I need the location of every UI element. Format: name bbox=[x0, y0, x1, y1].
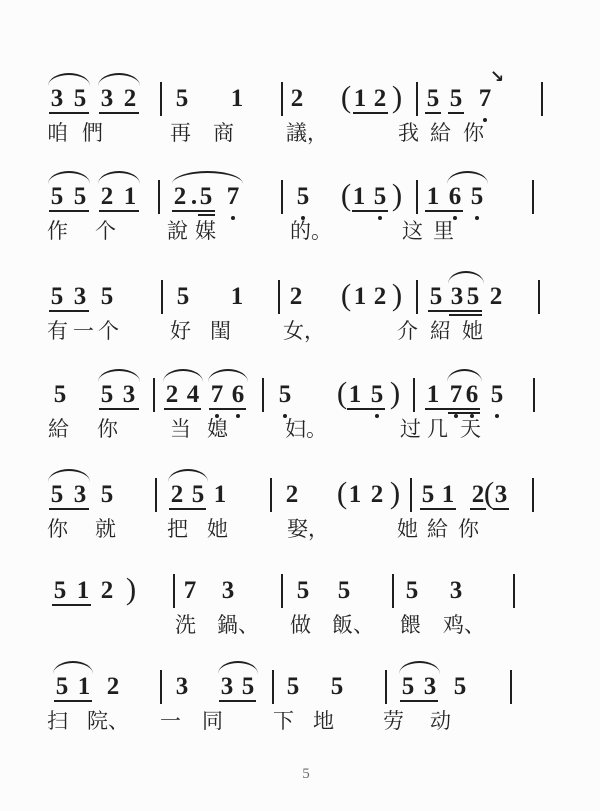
note-digit: 5 bbox=[338, 578, 351, 604]
note-digit: 5 bbox=[51, 284, 64, 310]
lyric-syllable: 几 bbox=[427, 417, 448, 441]
barline bbox=[410, 478, 412, 512]
note-digit: 5 bbox=[279, 382, 292, 408]
note-digit: 1 bbox=[124, 184, 137, 210]
beam-underline bbox=[353, 112, 388, 114]
lyric-syllable: 她 bbox=[397, 517, 418, 541]
note-digit: 3 bbox=[123, 382, 136, 408]
lyric-syllable: 飯、 bbox=[332, 613, 374, 637]
parenthesis: ( bbox=[341, 280, 351, 310]
music-line-4: 55324765(15)1765給你当媳妇。过几天 bbox=[0, 382, 600, 480]
parenthesis: ) bbox=[392, 280, 402, 310]
note-digit: 7 bbox=[184, 578, 197, 604]
barline bbox=[392, 574, 394, 608]
beam-underline bbox=[49, 310, 89, 312]
barline bbox=[416, 180, 418, 214]
low-octave-dot bbox=[375, 414, 379, 418]
note-digit: 3 bbox=[74, 284, 87, 310]
note-digit: 2 bbox=[124, 86, 137, 112]
sheet-music-page: 3532512(12)557↘咱們再商議，我給你55212575(15)165作… bbox=[0, 0, 600, 811]
lyric-syllable: 院、 bbox=[87, 709, 129, 733]
note-digit: 5 bbox=[287, 674, 300, 700]
lyric-syllable: 媒 bbox=[195, 219, 216, 243]
note-digit: 7 bbox=[211, 382, 224, 408]
note-digit: 5 bbox=[331, 674, 344, 700]
lyric-syllable: 鸡、 bbox=[443, 613, 485, 637]
barline bbox=[532, 478, 534, 512]
note-digit: 5 bbox=[374, 184, 387, 210]
barline bbox=[541, 82, 543, 116]
low-octave-dot bbox=[454, 414, 458, 418]
page-number: 5 bbox=[296, 766, 316, 783]
lyric-syllable: 你 bbox=[97, 417, 118, 441]
lyric-syllable: 做 bbox=[290, 613, 311, 637]
lyric-syllable: 下 bbox=[273, 709, 294, 733]
note-digit: 2 bbox=[174, 184, 187, 210]
augmentation-dot bbox=[192, 200, 196, 204]
note-digit: 5 bbox=[176, 86, 189, 112]
note-digit: 2 bbox=[107, 674, 120, 700]
beam-underline bbox=[219, 700, 256, 702]
barline bbox=[272, 670, 274, 704]
note-digit: 1 bbox=[349, 382, 362, 408]
lyric-syllable: 給 bbox=[48, 417, 69, 441]
beam-underline bbox=[164, 408, 201, 410]
note-digit: 1 bbox=[78, 674, 91, 700]
beam-underline-second bbox=[198, 214, 215, 216]
music-line-1: 3532512(12)557↘咱們再商議，我給你 bbox=[0, 86, 600, 184]
note-digit: 1 bbox=[353, 184, 366, 210]
music-line-2: 55212575(15)165作个說媒的。这里 bbox=[0, 184, 600, 282]
barline bbox=[281, 574, 283, 608]
lyric-syllable: 地 bbox=[313, 709, 334, 733]
glissando-down-arrow-icon: ↘ bbox=[490, 67, 504, 87]
lyric-syllable: 你 bbox=[463, 121, 484, 145]
beam-underline bbox=[428, 310, 482, 312]
music-line-6: 512)735553洗鍋、做飯、餵鸡、 bbox=[0, 578, 600, 676]
low-octave-dot bbox=[475, 216, 479, 220]
parenthesis: ( bbox=[337, 478, 347, 508]
note-digit: 1 bbox=[442, 482, 455, 508]
barline bbox=[161, 280, 163, 314]
lyric-syllable: 商 bbox=[213, 121, 234, 145]
note-digit: 5 bbox=[430, 284, 443, 310]
beam-underline bbox=[425, 112, 441, 114]
parenthesis: ( bbox=[341, 180, 351, 210]
parenthesis: ( bbox=[337, 378, 347, 408]
note-digit: 5 bbox=[491, 382, 504, 408]
beam-underline bbox=[49, 210, 89, 212]
note-digit: 1 bbox=[354, 284, 367, 310]
lyric-syllable: 就 bbox=[95, 517, 116, 541]
barline bbox=[513, 574, 515, 608]
note-digit: 3 bbox=[451, 284, 464, 310]
barline bbox=[262, 378, 264, 412]
lyric-syllable: 当 bbox=[170, 417, 191, 441]
barline bbox=[416, 82, 418, 116]
note-digit: 3 bbox=[51, 86, 64, 112]
note-digit: 1 bbox=[427, 382, 440, 408]
beam-underline bbox=[54, 700, 92, 702]
lyric-syllable: 把 bbox=[167, 517, 188, 541]
lyric-syllable: 紹 bbox=[430, 319, 451, 343]
note-digit: 5 bbox=[402, 674, 415, 700]
note-digit: 5 bbox=[450, 86, 463, 112]
note-digit: 5 bbox=[51, 482, 64, 508]
lyric-syllable: 閨 bbox=[210, 319, 231, 343]
note-digit: 2 bbox=[290, 284, 303, 310]
barline bbox=[158, 180, 160, 214]
lyric-syllable: 說 bbox=[167, 219, 188, 243]
note-digit: 1 bbox=[77, 578, 90, 604]
beam-underline bbox=[400, 700, 438, 702]
lyric-syllable: 她 bbox=[207, 517, 228, 541]
note-digit: 7 bbox=[450, 382, 463, 408]
lyric-syllable: 鍋、 bbox=[217, 613, 259, 637]
beam-underline bbox=[209, 408, 246, 410]
beam-underline bbox=[352, 210, 388, 212]
lyric-syllable: 娶， bbox=[287, 517, 329, 541]
note-digit: 7 bbox=[479, 86, 492, 112]
note-digit: 1 bbox=[231, 86, 244, 112]
barline bbox=[153, 378, 155, 412]
barline bbox=[281, 180, 283, 214]
lyric-syllable: 議， bbox=[286, 121, 328, 145]
parenthesis: ) bbox=[126, 574, 136, 604]
lyric-syllable: 个 bbox=[98, 319, 119, 343]
lyric-syllable: 一 bbox=[160, 709, 181, 733]
low-octave-dot bbox=[236, 414, 240, 418]
note-digit: 5 bbox=[297, 184, 310, 210]
note-digit: 5 bbox=[422, 482, 435, 508]
parenthesis: ) bbox=[390, 378, 400, 408]
parenthesis: ( bbox=[341, 82, 351, 112]
note-digit: 2 bbox=[490, 284, 503, 310]
barline bbox=[538, 280, 540, 314]
note-digit: 5 bbox=[56, 674, 69, 700]
score-area: 3532512(12)557↘咱們再商議，我給你55212575(15)165作… bbox=[0, 0, 600, 811]
note-digit: 3 bbox=[222, 578, 235, 604]
note-digit: 5 bbox=[454, 674, 467, 700]
note-digit: 1 bbox=[214, 482, 227, 508]
note-digit: 6 bbox=[449, 184, 462, 210]
note-digit: 2 bbox=[101, 184, 114, 210]
lyric-syllable: 过 bbox=[400, 417, 421, 441]
lyric-syllable: 扫 bbox=[47, 709, 68, 733]
lyric-syllable: 她 bbox=[462, 319, 483, 343]
note-digit: 5 bbox=[51, 184, 64, 210]
low-octave-dot bbox=[231, 216, 235, 220]
music-line-5: 5352512(12)512(3你就把她娶，她給你 bbox=[0, 482, 600, 580]
beam-underline bbox=[49, 508, 89, 510]
beam-underline-second bbox=[449, 314, 482, 316]
parenthesis: ) bbox=[392, 180, 402, 210]
note-digit: 2 bbox=[291, 86, 304, 112]
barline bbox=[160, 82, 162, 116]
lyric-syllable: 动 bbox=[430, 709, 451, 733]
note-digit: 2 bbox=[101, 578, 114, 604]
note-digit: 5 bbox=[177, 284, 190, 310]
note-digit: 4 bbox=[187, 382, 200, 408]
lyric-syllable: 劳 bbox=[383, 709, 404, 733]
lyric-syllable: 同 bbox=[202, 709, 223, 733]
low-octave-dot bbox=[378, 216, 382, 220]
note-digit: 2 bbox=[371, 482, 384, 508]
lyric-syllable: 个 bbox=[95, 219, 116, 243]
barline bbox=[155, 478, 157, 512]
note-digit: 3 bbox=[450, 578, 463, 604]
note-digit: 5 bbox=[406, 578, 419, 604]
lyric-syllable: 好 bbox=[170, 319, 191, 343]
lyric-syllable: 你 bbox=[458, 517, 479, 541]
lyric-syllable: 餵 bbox=[400, 613, 421, 637]
note-digit: 2 bbox=[166, 382, 179, 408]
barline bbox=[173, 574, 175, 608]
note-digit: 5 bbox=[192, 482, 205, 508]
note-digit: 5 bbox=[371, 382, 384, 408]
music-line-3: 535512(12)5352有一个好閨女，介紹她 bbox=[0, 284, 600, 382]
note-digit: 3 bbox=[221, 674, 234, 700]
beam-underline bbox=[425, 408, 480, 410]
barline bbox=[385, 670, 387, 704]
beam-underline bbox=[172, 210, 215, 212]
note-digit: 2 bbox=[374, 284, 387, 310]
note-digit: 5 bbox=[427, 86, 440, 112]
low-octave-dot bbox=[495, 414, 499, 418]
lyric-syllable: 給 bbox=[427, 517, 448, 541]
lyric-syllable: 你 bbox=[47, 517, 68, 541]
barline bbox=[532, 180, 534, 214]
lyric-syllable: 我 bbox=[398, 121, 419, 145]
beam-underline bbox=[448, 112, 464, 114]
parenthesis: ) bbox=[392, 82, 402, 112]
note-digit: 3 bbox=[101, 86, 114, 112]
note-digit: 5 bbox=[242, 674, 255, 700]
note-digit: 5 bbox=[200, 184, 213, 210]
beam-underline bbox=[99, 112, 139, 114]
note-digit: 3 bbox=[74, 482, 87, 508]
lyric-syllable: 作 bbox=[47, 219, 68, 243]
beam-underline bbox=[425, 210, 463, 212]
lyric-syllable: 女， bbox=[283, 319, 325, 343]
note-digit: 2 bbox=[171, 482, 184, 508]
lyric-syllable: 的。 bbox=[290, 219, 332, 243]
lyric-syllable: 天 bbox=[460, 417, 481, 441]
barline bbox=[160, 670, 162, 704]
lyric-syllable: 給 bbox=[430, 121, 451, 145]
note-digit: 5 bbox=[467, 284, 480, 310]
note-digit: 1 bbox=[231, 284, 244, 310]
barline bbox=[270, 478, 272, 512]
note-digit: 3 bbox=[424, 674, 437, 700]
parenthesis: ( bbox=[484, 478, 494, 508]
lyric-syllable: 咱 bbox=[47, 121, 68, 145]
note-digit: 5 bbox=[471, 184, 484, 210]
lyric-syllable: 妇。 bbox=[285, 417, 327, 441]
lyric-syllable: 介 bbox=[397, 319, 418, 343]
note-digit: 5 bbox=[101, 284, 114, 310]
note-digit: 1 bbox=[349, 482, 362, 508]
note-digit: 5 bbox=[297, 578, 310, 604]
lyric-syllable: 一 bbox=[73, 319, 94, 343]
note-digit: 5 bbox=[54, 578, 67, 604]
note-digit: 7 bbox=[227, 184, 240, 210]
note-digit: 5 bbox=[74, 86, 87, 112]
lyric-syllable: 再 bbox=[170, 121, 191, 145]
note-digit: 5 bbox=[101, 382, 114, 408]
note-digit: 2 bbox=[472, 482, 485, 508]
note-digit: 6 bbox=[466, 382, 479, 408]
note-digit: 5 bbox=[54, 382, 67, 408]
note-digit: 3 bbox=[176, 674, 189, 700]
barline bbox=[278, 280, 280, 314]
barline bbox=[533, 378, 535, 412]
note-digit: 3 bbox=[495, 482, 508, 508]
barline bbox=[510, 670, 512, 704]
lyric-syllable: 們 bbox=[82, 121, 103, 145]
note-digit: 2 bbox=[286, 482, 299, 508]
note-digit: 6 bbox=[232, 382, 245, 408]
parenthesis: ) bbox=[390, 478, 400, 508]
beam-underline bbox=[99, 210, 139, 212]
barline bbox=[281, 82, 283, 116]
barline bbox=[413, 378, 415, 412]
beam-underline bbox=[169, 508, 206, 510]
beam-underline-second bbox=[448, 412, 480, 414]
note-digit: 5 bbox=[74, 184, 87, 210]
lyric-syllable: 里 bbox=[433, 219, 454, 243]
note-digit: 2 bbox=[374, 86, 387, 112]
barline bbox=[416, 280, 418, 314]
note-digit: 1 bbox=[354, 86, 367, 112]
beam-underline bbox=[493, 508, 509, 510]
lyric-syllable: 有 bbox=[47, 319, 68, 343]
note-digit: 5 bbox=[101, 482, 114, 508]
beam-underline bbox=[347, 408, 385, 410]
music-line-7: 51233555535扫院、一同下地劳动 bbox=[0, 674, 600, 772]
note-digit: 1 bbox=[427, 184, 440, 210]
beam-underline bbox=[52, 604, 91, 606]
lyric-syllable: 这 bbox=[402, 219, 423, 243]
lyric-syllable: 媳 bbox=[207, 417, 228, 441]
lyric-syllable: 洗 bbox=[175, 613, 196, 637]
beam-underline bbox=[99, 408, 139, 410]
beam-underline bbox=[420, 508, 456, 510]
beam-underline bbox=[49, 112, 89, 114]
